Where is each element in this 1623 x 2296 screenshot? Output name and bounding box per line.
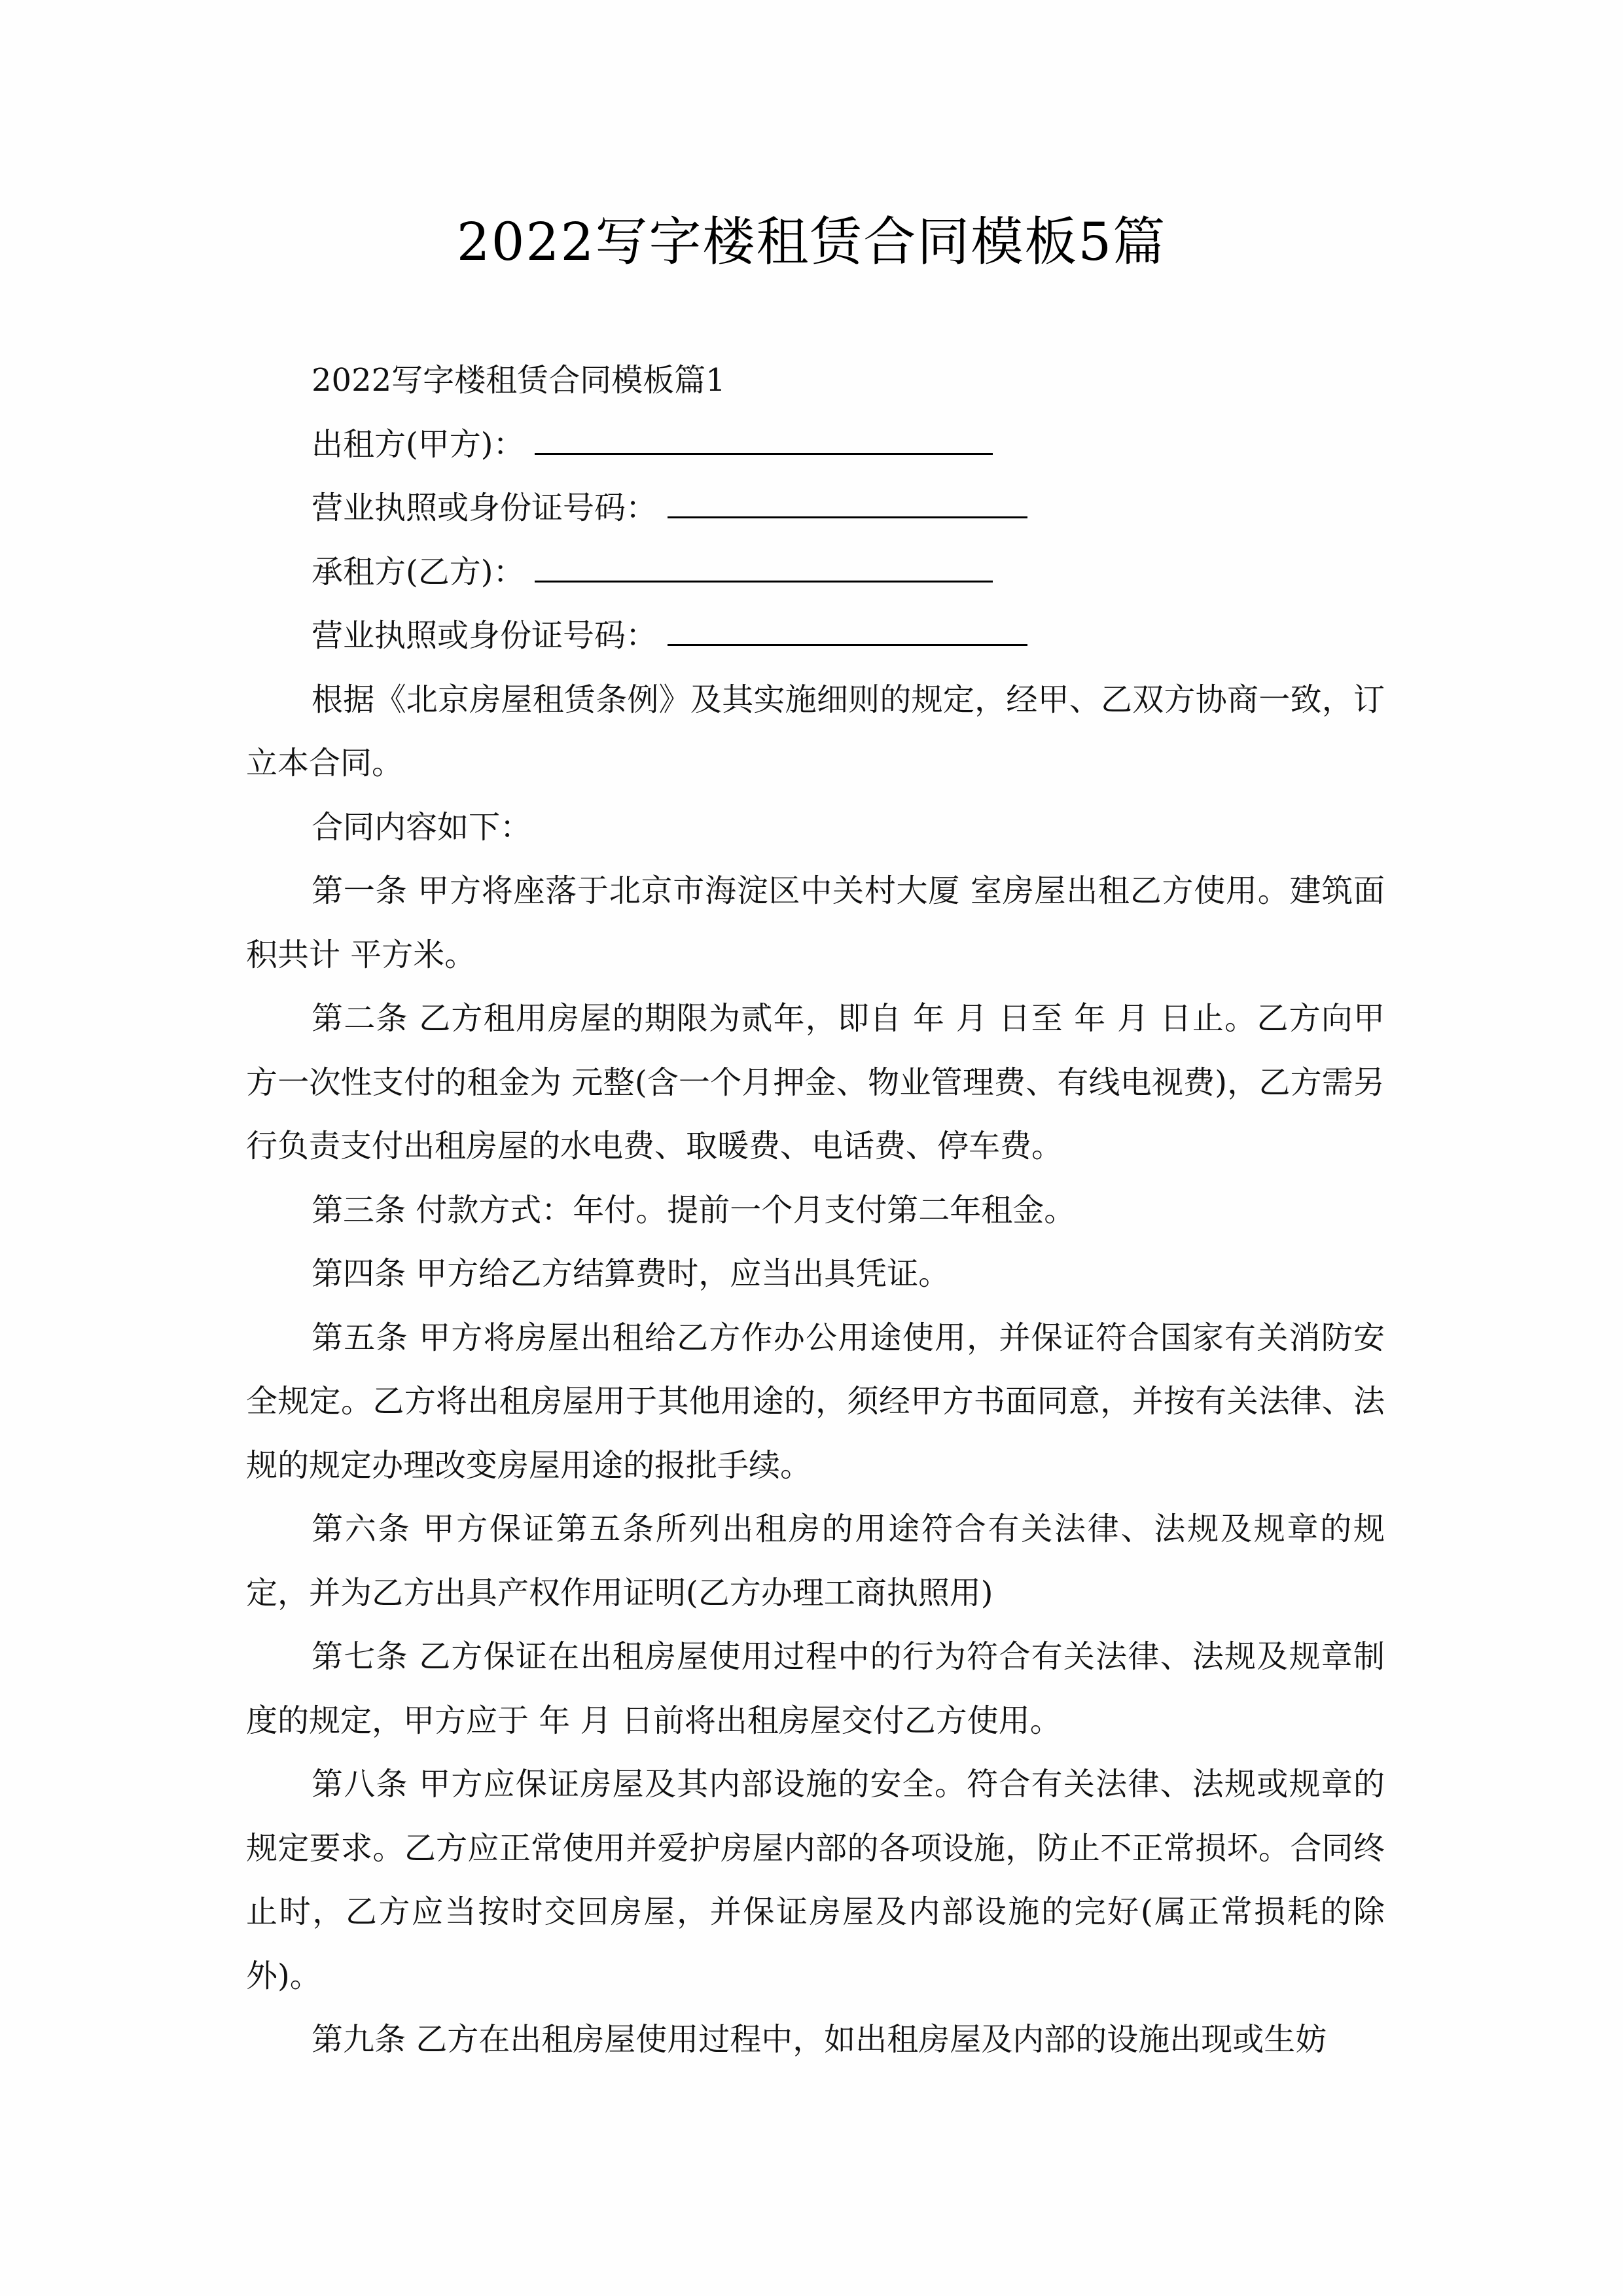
clause-1: 第一条 甲方将座落于北京市海淀区中关村大厦 室房屋出租乙方使用。建筑面积共计 平… — [246, 859, 1385, 987]
clause-5: 第五条 甲方将房屋出租给乙方作办公用途使用，并保证符合国家有关消防安全规定。乙方… — [246, 1306, 1385, 1498]
clause-7: 第七条 乙方保证在出租房屋使用过程中的行为符合有关法律、法规及规章制度的规定，甲… — [246, 1625, 1385, 1753]
lessor-blank[interactable] — [535, 427, 993, 455]
lessee-label: 承租方(乙方)： — [312, 554, 524, 590]
clause-4: 第四条 甲方给乙方结算费时，应当出具凭证。 — [246, 1242, 1385, 1306]
document-title: 2022写字楼租赁合同模板5篇 — [0, 196, 1623, 288]
lessee-field: 承租方(乙方)： — [246, 541, 1385, 605]
clause-6: 第六条 甲方保证第五条所列出租房的用途符合有关法律、法规及规章的规定，并为乙方出… — [246, 1498, 1385, 1625]
document-body: 2022写字楼租赁合同模板篇1 出租方(甲方)： 营业执照或身份证号码： 承租方… — [246, 349, 1385, 2072]
clause-2: 第二条 乙方租用房屋的期限为贰年，即自 年 月 日至 年 月 日止。乙方向甲方一… — [246, 987, 1385, 1179]
lessee-id-field: 营业执照或身份证号码： — [246, 604, 1385, 668]
lessor-id-label: 营业执照或身份证号码： — [312, 490, 657, 526]
lessee-id-blank[interactable] — [668, 618, 1027, 646]
clause-3: 第三条 付款方式：年付。提前一个月支付第二年租金。 — [246, 1179, 1385, 1243]
lessee-blank[interactable] — [535, 554, 993, 583]
paragraph-preamble: 根据《北京房屋租赁条例》及其实施细则的规定，经甲、乙双方协商一致，订立本合同。 — [246, 668, 1385, 796]
document-page: 2022写字楼租赁合同模板5篇 2022写字楼租赁合同模板篇1 出租方(甲方)：… — [0, 0, 1623, 2296]
lessor-id-field: 营业执照或身份证号码： — [246, 476, 1385, 541]
clause-8: 第八条 甲方应保证房屋及其内部设施的安全。符合有关法律、法规或规章的规定要求。乙… — [246, 1753, 1385, 2008]
lessor-id-blank[interactable] — [668, 490, 1027, 518]
lessee-id-label: 营业执照或身份证号码： — [312, 617, 657, 654]
lessor-field: 出租方(甲方)： — [246, 413, 1385, 477]
clause-9: 第九条 乙方在出租房屋使用过程中，如出租房屋及内部的设施出现或生妨 — [246, 2008, 1385, 2072]
paragraph-contents-intro: 合同内容如下： — [246, 796, 1385, 860]
section-heading: 2022写字楼租赁合同模板篇1 — [246, 349, 1385, 413]
lessor-label: 出租方(甲方)： — [312, 426, 524, 463]
